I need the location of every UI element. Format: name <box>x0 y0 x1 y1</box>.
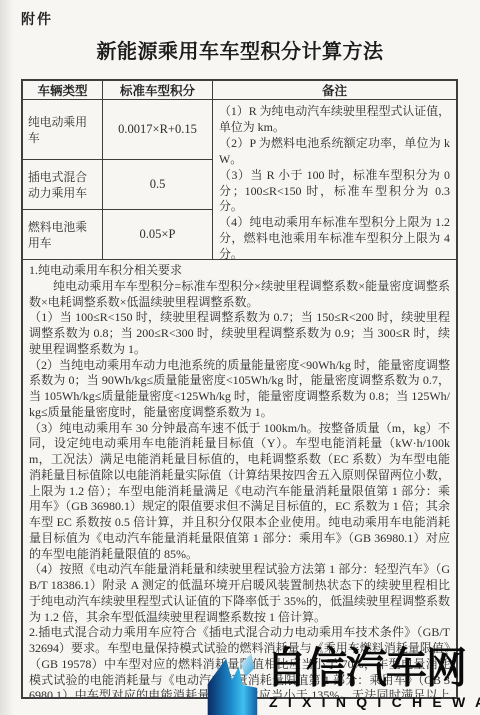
remarks-cell: （1）R 为纯电动汽车续驶里程型式认证值，单位为 km。 （2）P 为燃料电池系… <box>213 100 456 260</box>
remark-note-3: （3）当 R 小于 100 时，标准车型积分为 0 分；100≤R<150 时，… <box>219 168 450 216</box>
table-row-fcev-score: 0.05×P <box>103 210 213 260</box>
rules-item-4: （4）按照《电动汽车能量消耗量和续驶里程试验方法第 1 部分：轻型汽车》（GB/… <box>29 562 450 625</box>
watermark-logo-icon <box>196 648 266 715</box>
col-header-vehicle-type: 车辆类型 <box>23 81 103 100</box>
watermark-site-name-pinyin: Z I X I N Q I C H E W A N G <box>269 694 480 710</box>
rules-heading-1: 1.纯电动乘用车积分相关要求 <box>29 263 450 279</box>
table-row-phev-type: 插电式混合动力乘用车 <box>23 160 103 210</box>
rules-text-cell: 1.纯电动乘用车积分相关要求 纯电动乘用车车型积分=标准车型积分×续驶里程调整系… <box>23 260 456 697</box>
table-row-bev-type: 纯电动乘用车 <box>23 100 103 160</box>
rules-item-2: （2）当纯电动乘用车动力电池系统的质量能量密度<90Wh/kg 时，能量密度调整… <box>29 358 450 421</box>
page-title: 新能源乘用车车型积分计算方法 <box>0 35 480 64</box>
table-row-phev-score: 0.5 <box>103 160 213 210</box>
remark-note-1: （1）R 为纯电动汽车续驶里程型式认证值，单位为 km。 <box>219 104 450 136</box>
score-calculation-table: 车辆类型 标准车型积分 备注 纯电动乘用车 0.0017×R+0.15 （1）R… <box>21 79 458 699</box>
attachment-label: 附件 <box>21 9 53 29</box>
rules-formula-paragraph: 纯电动乘用车车型积分=标准车型积分×续驶里程调整系数×能量密度调整系数×电耗调整… <box>29 279 450 311</box>
remark-note-4: （4）纯电动乘用车标准车型积分上限为 1.2 分，燃料电池乘用车标准车型积分上限… <box>219 215 450 260</box>
col-header-standard-score: 标准车型积分 <box>103 81 213 100</box>
table-row-fcev-type: 燃料电池乘用车 <box>23 210 103 260</box>
rules-item-3: （3）纯电动乘用车 30 分钟最高车速不低于 100km/h。按整备质量（m，k… <box>29 421 450 563</box>
remark-note-2: （2）P 为燃料电池系统额定功率，单位为 kW。 <box>219 136 450 168</box>
col-header-remarks: 备注 <box>213 81 456 100</box>
table-row-bev-score: 0.0017×R+0.15 <box>103 100 213 160</box>
watermark-site-name: 自信汽车网 <box>266 644 476 692</box>
document-page: 附件 新能源乘用车车型积分计算方法 车辆类型 标准车型积分 备注 纯电动乘用车 … <box>0 0 480 715</box>
rules-item-1: （1）当 100≤R<150 时，续驶里程调整系数为 0.7；当 150≤R<2… <box>29 310 450 357</box>
